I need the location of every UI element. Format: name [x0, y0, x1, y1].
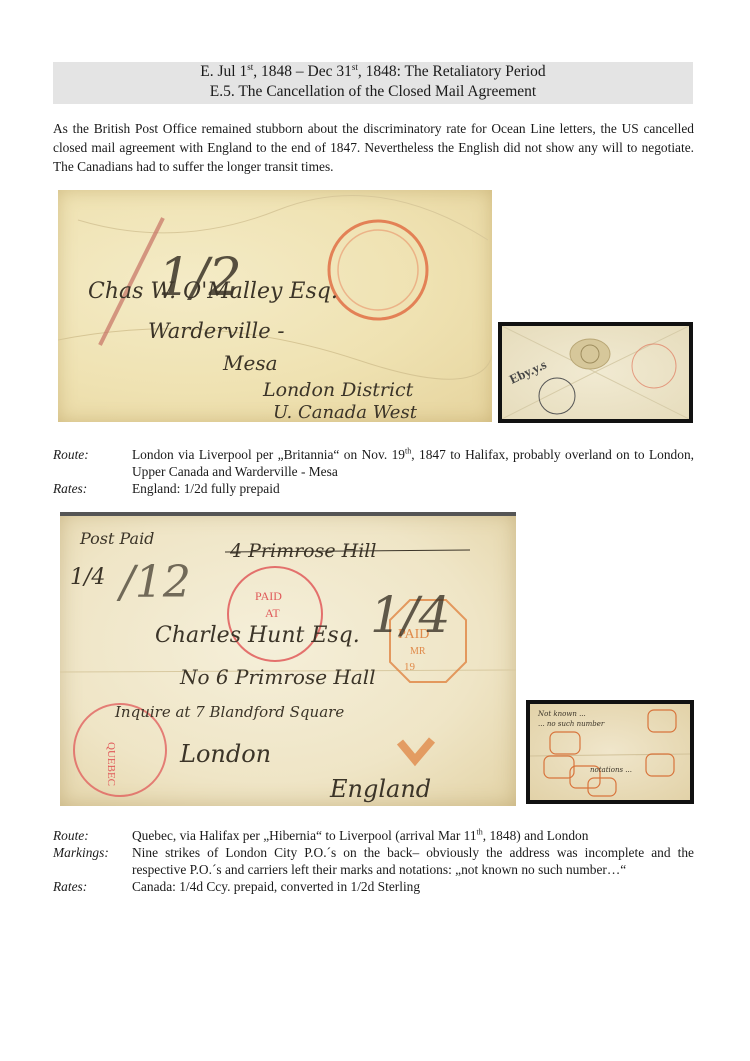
- svg-text:AT: AT: [265, 606, 280, 620]
- markings-row: Markings: Nine strikes of London City P.…: [53, 844, 694, 878]
- svg-text:PAID: PAID: [255, 589, 282, 603]
- route-row: Route: Quebec, via Halifax per „Hibernia…: [53, 827, 694, 844]
- markings-label: Markings:: [53, 844, 132, 878]
- section-title-band: E. Jul 1st, 1848 – Dec 31st, 1848: The R…: [53, 62, 693, 104]
- svg-text:MR: MR: [410, 646, 426, 657]
- rates-value: England: 1/2d fully prepaid: [132, 480, 694, 497]
- svg-text:Chas W. O'Malley Esq.: Chas W. O'Malley Esq.: [88, 279, 338, 304]
- svg-text:Charles Hunt Esq.: Charles Hunt Esq.: [155, 623, 360, 648]
- svg-text:No 6 Primrose Hall: No 6 Primrose Hall: [179, 665, 376, 689]
- svg-text:Post Paid: Post Paid: [79, 529, 154, 548]
- rates-row: Rates: England: 1/2d fully prepaid: [53, 480, 694, 497]
- svg-text:1/4: 1/4: [70, 565, 105, 590]
- cover1-back-inset: Eby.y.s: [498, 322, 693, 423]
- intro-paragraph: As the British Post Office remained stub…: [53, 119, 694, 176]
- route-label: Route:: [53, 827, 132, 844]
- svg-text:notations ...: notations ...: [590, 766, 632, 774]
- period-title: E. Jul 1st, 1848 – Dec 31st, 1848: The R…: [53, 62, 693, 82]
- cover1-details: Route: London via Liverpool per „Britann…: [53, 446, 694, 497]
- route-value: London via Liverpool per „Britannia“ on …: [132, 446, 694, 480]
- route-label: Route:: [53, 446, 132, 480]
- cover2-back-inset: Not known ... ... no such number notatio…: [526, 700, 694, 804]
- subsection-title: E.5. The Cancellation of the Closed Mail…: [53, 82, 693, 102]
- svg-text:1/4: 1/4: [370, 586, 450, 644]
- svg-text:... no such number: ... no such number: [538, 720, 605, 728]
- svg-text:London: London: [179, 740, 271, 768]
- svg-text:England: England: [329, 775, 431, 803]
- svg-text:Inquire at 7 Blandford Square: Inquire at 7 Blandford Square: [114, 703, 344, 721]
- svg-text:Warderville -: Warderville -: [148, 319, 284, 343]
- svg-text:Not known ...: Not known ...: [537, 710, 586, 718]
- cover1-front-image: 1/2 Chas W. O'Malley Esq. Warderville - …: [58, 190, 492, 422]
- cover2-details: Route: Quebec, via Halifax per „Hibernia…: [53, 827, 694, 895]
- rates-row: Rates: Canada: 1/4d Ccy. prepaid, conver…: [53, 878, 694, 895]
- svg-text:Mesa: Mesa: [222, 351, 278, 375]
- markings-value: Nine strikes of London City P.O.´s on th…: [132, 844, 694, 878]
- route-row: Route: London via Liverpool per „Britann…: [53, 446, 694, 480]
- svg-text:London District: London District: [262, 379, 414, 401]
- svg-text:19: 19: [404, 661, 416, 673]
- cover2-front-image: PAID AT QUEBEC PAID MR 19 Post Paid 1/4 …: [60, 512, 516, 806]
- route-value: Quebec, via Halifax per „Hibernia“ to Li…: [132, 827, 694, 844]
- svg-text:Eby.y.s: Eby.y.s: [507, 357, 549, 387]
- rates-label: Rates:: [53, 480, 132, 497]
- svg-text:QUEBEC: QUEBEC: [105, 742, 117, 786]
- rates-label: Rates:: [53, 878, 132, 895]
- rates-value: Canada: 1/4d Ccy. prepaid, converted in …: [132, 878, 694, 895]
- svg-text:U. Canada West: U. Canada West: [273, 402, 418, 422]
- svg-text:/12: /12: [116, 557, 191, 608]
